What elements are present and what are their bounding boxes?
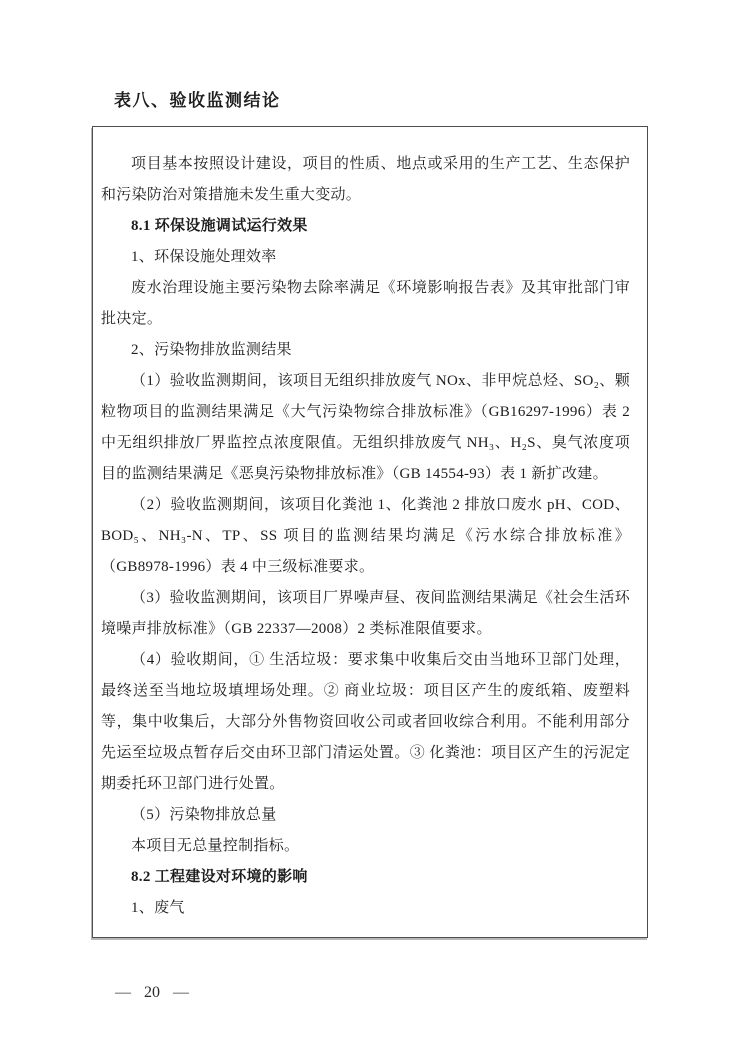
paragraph: 项目基本按照设计建设，项目的性质、地点或采用的生产工艺、生态保护和污染防治对策措… [101,149,630,211]
paragraph: 本项目无总量控制指标。 [101,831,630,862]
paragraph: （2）验收监测期间，该项目化粪池 1、化粪池 2 排放口废水 pH、COD、BO… [101,490,630,583]
document-page: 表八、验收监测结论 项目基本按照设计建设，项目的性质、地点或采用的生产工艺、生态… [0,0,740,1046]
paragraph: （5）污染物排放总量 [101,800,630,831]
page-number: 20 [144,984,160,1002]
paragraph: （1）验收监测期间，该项目无组织排放废气 NOx、非甲烷总烃、SO₂、颗粒物项目… [101,366,630,490]
report-box: 项目基本按照设计建设，项目的性质、地点或采用的生产工艺、生态保护和污染防治对策措… [92,126,648,938]
paragraph: 1、废气 [101,893,630,924]
paragraph: （3）验收监测期间，该项目厂界噪声昼、夜间监测结果满足《社会生活环境噪声排放标准… [101,583,630,645]
paragraph: （4）验收期间，① 生活垃圾：要求集中收集后交由当地环卫部门处理，最终送至当地垃… [101,645,630,800]
footer-dash-left: — [115,984,131,1002]
section-heading: 8.2 工程建设对环境的影响 [101,862,630,893]
section-heading: 8.1 环保设施调试运行效果 [101,211,630,242]
document-title: 表八、验收监测结论 [114,86,281,111]
paragraph: 1、环保设施处理效率 [101,242,630,273]
footer-dash-right: — [173,984,189,1002]
paragraph: 2、污染物排放监测结果 [101,335,630,366]
paragraph: 废水治理设施主要污染物去除率满足《环境影响报告表》及其审批部门审批决定。 [101,273,630,335]
page-footer: — 20 — [115,984,189,1002]
